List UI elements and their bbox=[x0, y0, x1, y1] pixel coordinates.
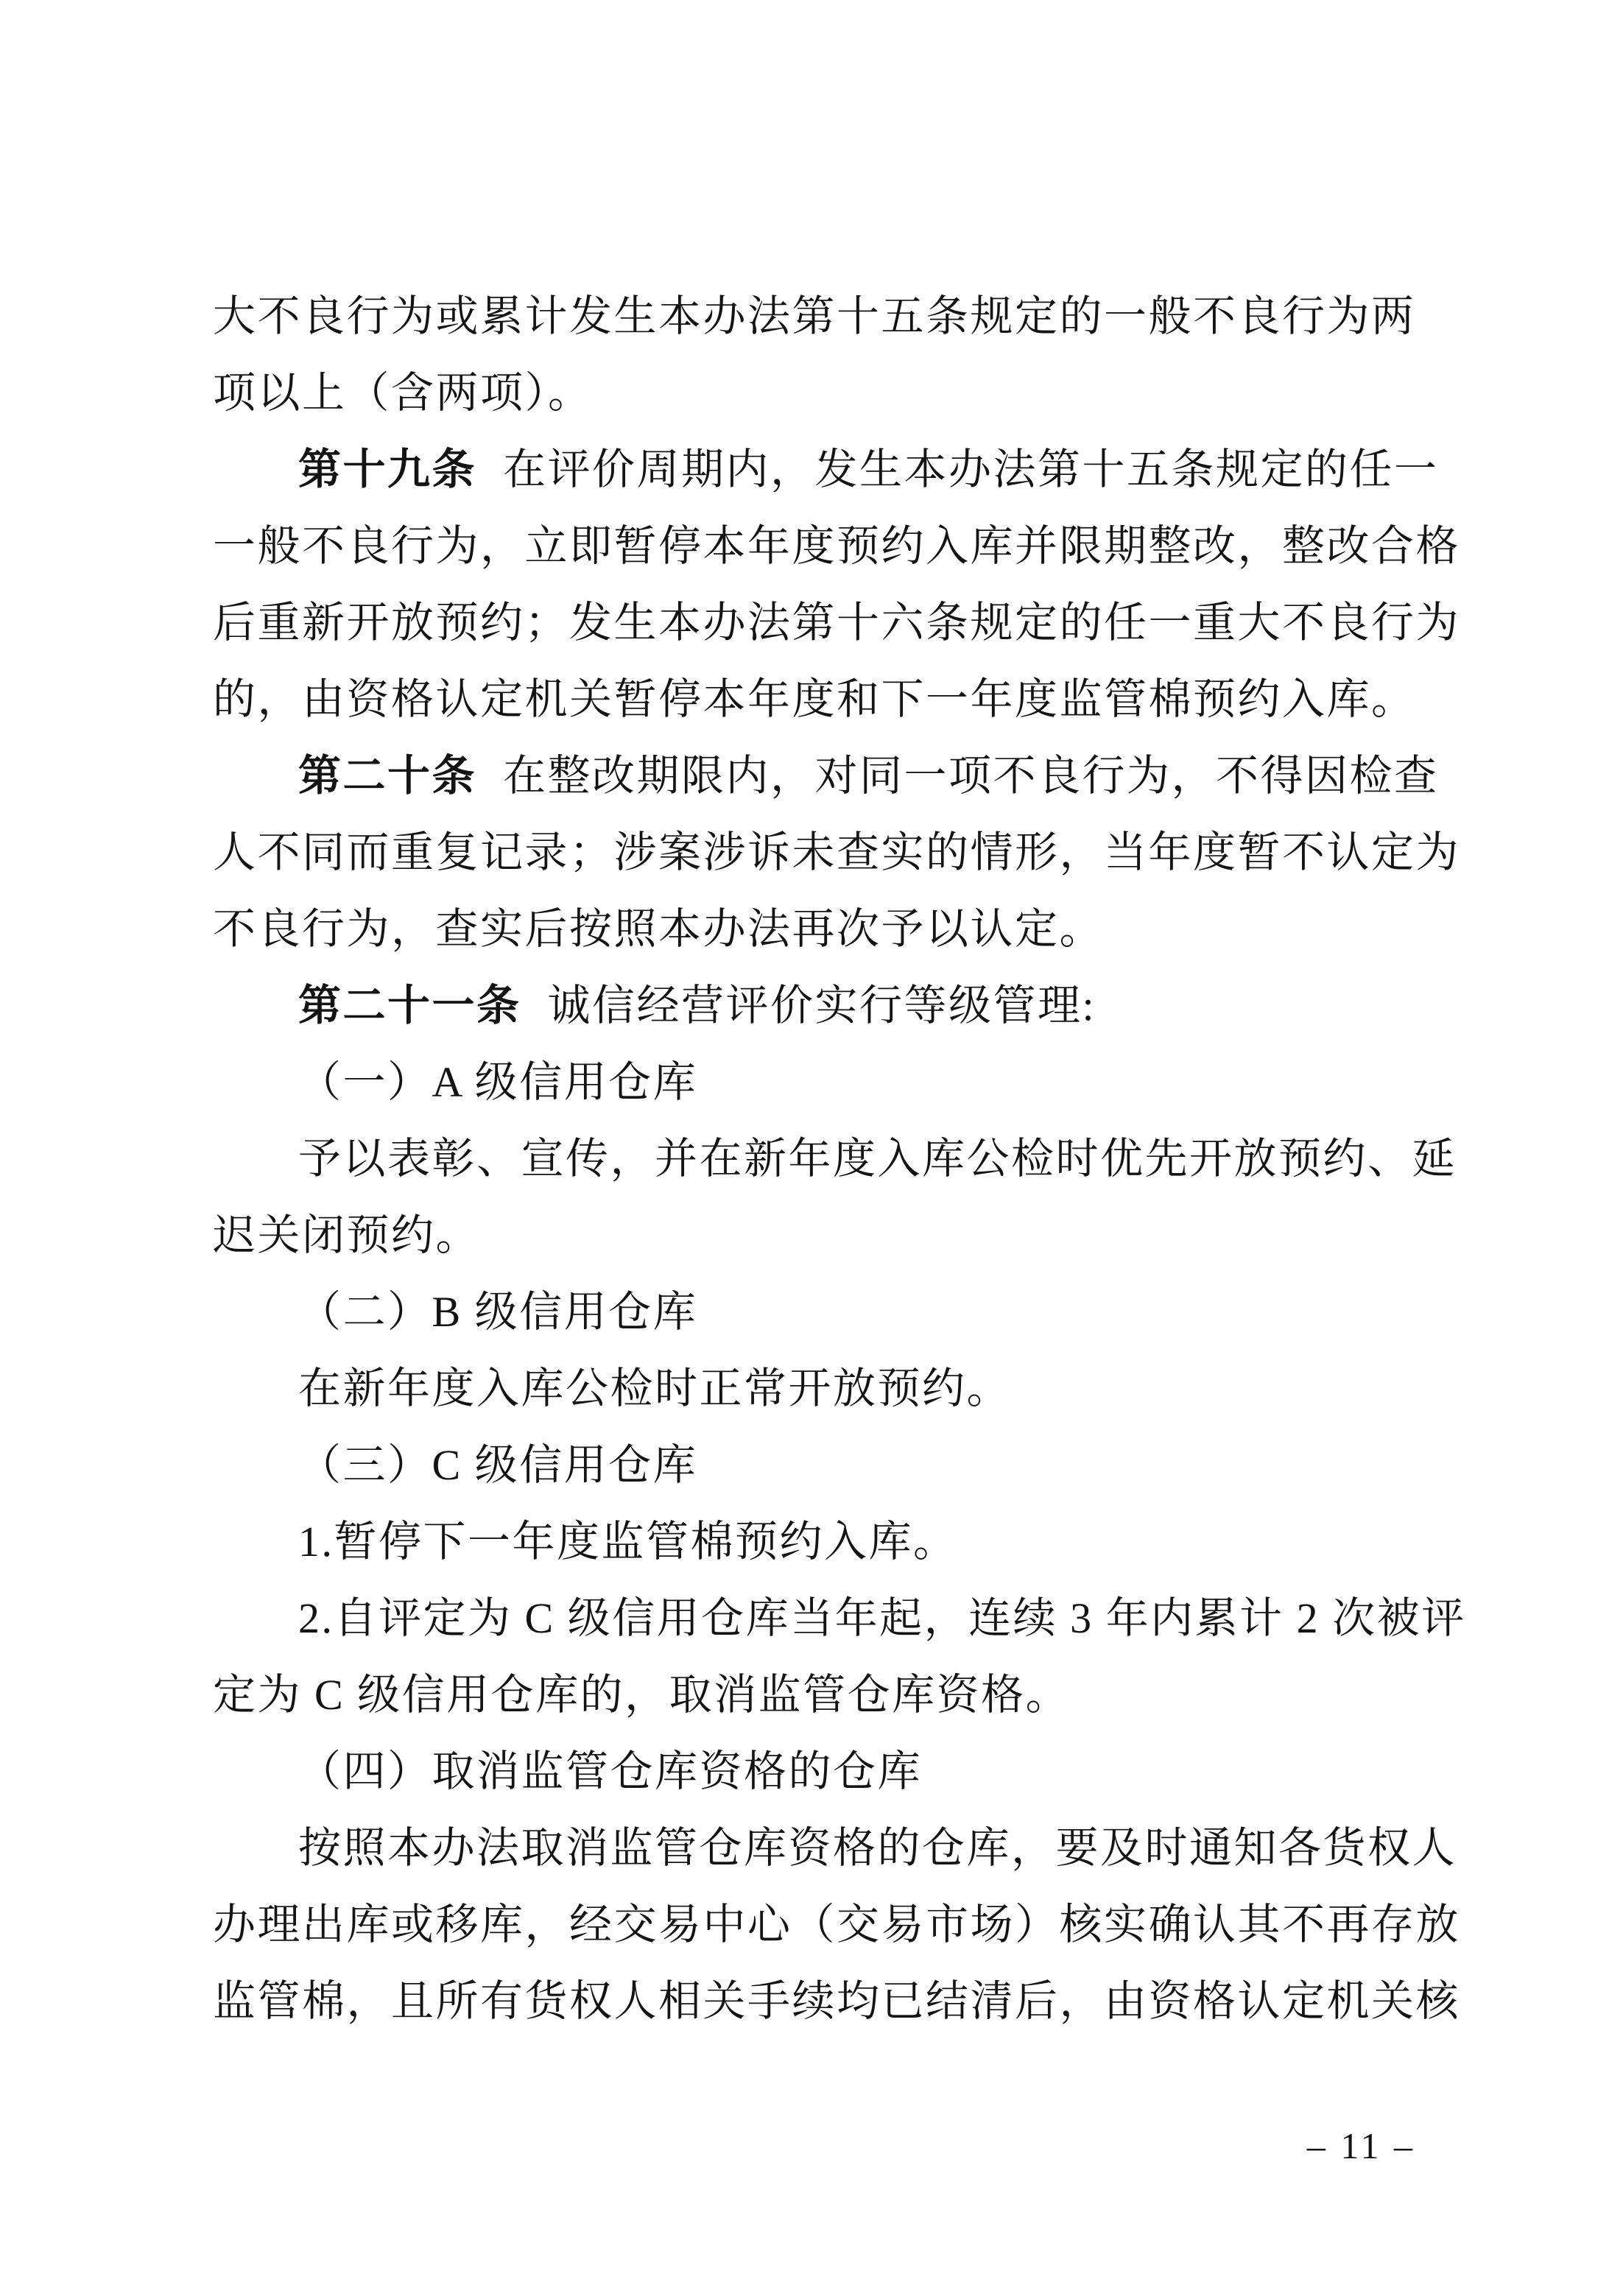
line-text: （四）取消监管仓库资格的仓库 bbox=[298, 1747, 922, 1795]
line-text: （三）C 级信用仓库 bbox=[298, 1441, 697, 1489]
page-number: – 11 – bbox=[1307, 2125, 1415, 2166]
line-text: 迟关闭预约。 bbox=[213, 1211, 480, 1259]
document-body: 大不良行为或累计发生本办法第十五条规定的一般不良行为两 项以上（含两项）。 第十… bbox=[213, 278, 1450, 2040]
text-line-item-3: （三）C 级信用仓库 bbox=[213, 1427, 1450, 1504]
line-text: 予以表彰、宣传，并在新年度入库公检时优先开放预约、延 bbox=[298, 1135, 1457, 1183]
line-text: 办理出库或移库，经交易中心（交易市场）核实确认其不再存放 bbox=[213, 1901, 1460, 1948]
line-text: 一般不良行为，立即暂停本年度预约入库并限期整改，整改合格 bbox=[213, 522, 1460, 570]
line-text: 大不良行为或累计发生本办法第十五条规定的一般不良行为两 bbox=[213, 292, 1416, 340]
text-line: 后重新开放预约；发生本办法第十六条规定的任一重大不良行为 bbox=[213, 585, 1450, 661]
text-line: 大不良行为或累计发生本办法第十五条规定的一般不良行为两 bbox=[213, 278, 1450, 355]
text-line: 一般不良行为，立即暂停本年度预约入库并限期整改，整改合格 bbox=[213, 508, 1450, 585]
line-text: 人不同而重复记录；涉案涉诉未查实的情形，当年度暂不认定为 bbox=[213, 828, 1460, 876]
text-line-article-21: 第二十一条诚信经营评价实行等级管理: bbox=[213, 968, 1450, 1044]
line-text: 1.暂停下一年度监管棉预约入库。 bbox=[298, 1518, 958, 1566]
line-text: 诚信经营评价实行等级管理: bbox=[548, 982, 1096, 1029]
line-text: 定为 C 级信用仓库的，取消监管仓库资格。 bbox=[213, 1671, 1070, 1719]
line-text: 在新年度入库公检时正常开放预约。 bbox=[298, 1364, 1011, 1412]
text-line-article-19: 第十九条在评价周期内，发生本办法第十五条规定的任一 bbox=[213, 432, 1450, 508]
text-line: 项以上（含两项）。 bbox=[213, 355, 1450, 432]
text-line: 监管棉，且所有货权人相关手续均已结清后，由资格认定机关核 bbox=[213, 1963, 1450, 2040]
line-text: 不良行为，查实后按照本办法再次予以认定。 bbox=[213, 905, 1104, 953]
text-line-item-4: （四）取消监管仓库资格的仓库 bbox=[213, 1733, 1450, 1810]
text-line: 办理出库或移库，经交易中心（交易市场）核实确认其不再存放 bbox=[213, 1887, 1450, 1963]
line-text: 后重新开放预约；发生本办法第十六条规定的任一重大不良行为 bbox=[213, 599, 1460, 647]
text-line: 2.自评定为 C 级信用仓库当年起，连续 3 年内累计 2 次被评 bbox=[213, 1580, 1450, 1657]
line-text: （二）B 级信用仓库 bbox=[298, 1288, 697, 1336]
text-line: 按照本办法取消监管仓库资格的仓库，要及时通知各货权人 bbox=[213, 1810, 1450, 1887]
article-number-heading: 第二十一条 bbox=[298, 982, 521, 1029]
text-line: 不良行为，查实后按照本办法再次予以认定。 bbox=[213, 891, 1450, 968]
text-line: 予以表彰、宣传，并在新年度入库公检时优先开放预约、延 bbox=[213, 1121, 1450, 1197]
text-line: 1.暂停下一年度监管棉预约入库。 bbox=[213, 1504, 1450, 1580]
line-text: 的，由资格认定机关暂停本年度和下一年度监管棉预约入库。 bbox=[213, 675, 1416, 723]
line-text: 在整改期限内，对同一项不良行为，不得因检查 bbox=[503, 752, 1439, 800]
article-number-heading: 第十九条 bbox=[298, 446, 476, 493]
line-text: 项以上（含两项）。 bbox=[213, 369, 593, 417]
document-page: 大不良行为或累计发生本办法第十五条规定的一般不良行为两 项以上（含两项）。 第十… bbox=[0, 0, 1623, 2296]
article-number-heading: 第二十条 bbox=[298, 752, 476, 800]
line-text: 2.自评定为 C 级信用仓库当年起，连续 3 年内累计 2 次被评 bbox=[298, 1594, 1466, 1642]
text-line-article-20: 第二十条在整改期限内，对同一项不良行为，不得因检查 bbox=[213, 738, 1450, 814]
text-line: 迟关闭预约。 bbox=[213, 1197, 1450, 1274]
text-line-item-2: （二）B 级信用仓库 bbox=[213, 1274, 1450, 1351]
text-line-item-1: （一）A 级信用仓库 bbox=[213, 1044, 1450, 1121]
line-text: 在评价周期内，发生本办法第十五条规定的任一 bbox=[503, 446, 1439, 493]
text-line: 在新年度入库公检时正常开放预约。 bbox=[213, 1351, 1450, 1427]
line-text: 监管棉，且所有货权人相关手续均已结清后，由资格认定机关核 bbox=[213, 1977, 1460, 2025]
line-text: （一）A 级信用仓库 bbox=[298, 1058, 697, 1106]
text-line: 定为 C 级信用仓库的，取消监管仓库资格。 bbox=[213, 1657, 1450, 1733]
text-line: 人不同而重复记录；涉案涉诉未查实的情形，当年度暂不认定为 bbox=[213, 814, 1450, 891]
text-line: 的，由资格认定机关暂停本年度和下一年度监管棉预约入库。 bbox=[213, 661, 1450, 738]
line-text: 按照本办法取消监管仓库资格的仓库，要及时通知各货权人 bbox=[298, 1824, 1457, 1872]
